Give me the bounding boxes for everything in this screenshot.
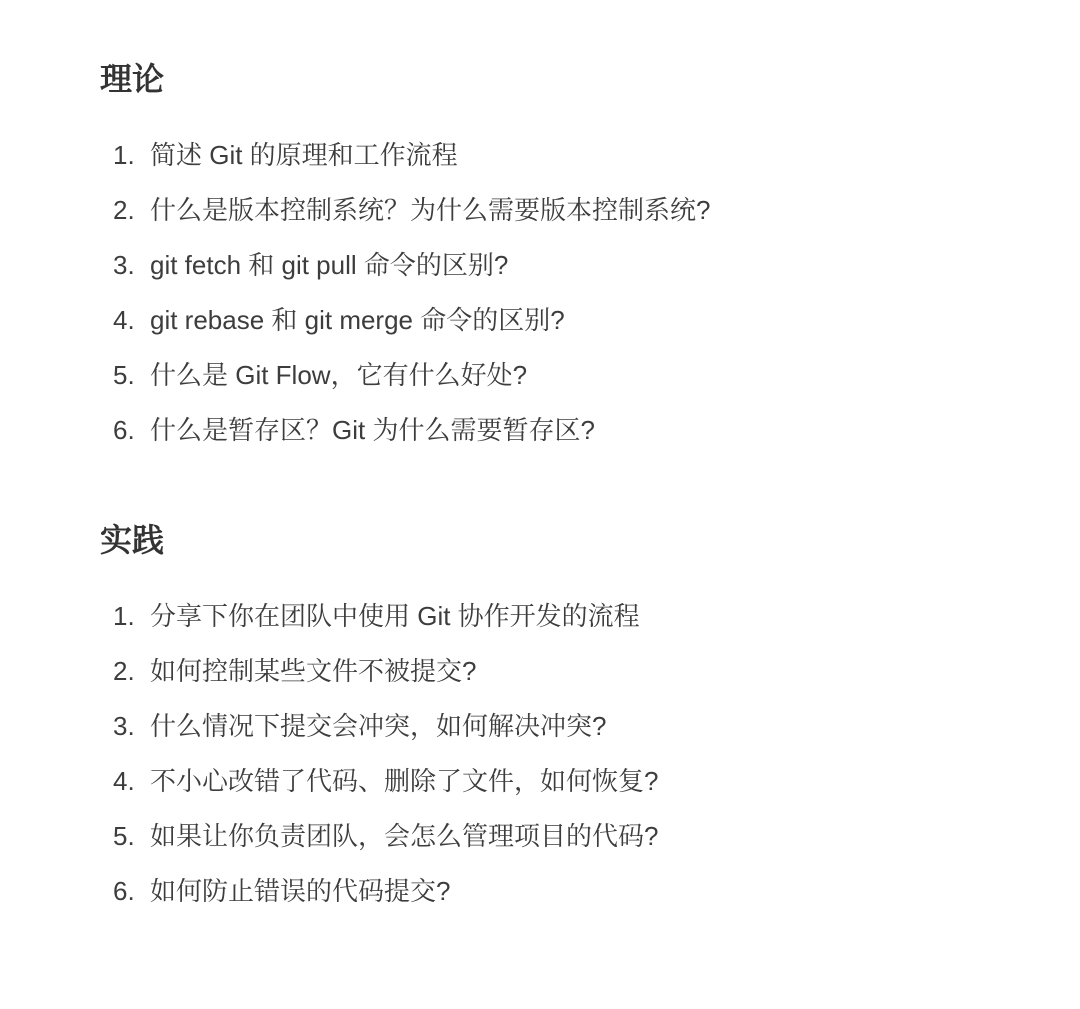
question-text: git rebase 和 git merge 命令的区别? (150, 305, 565, 335)
section-practice: 实践 分享下你在团队中使用 Git 协作开发的流程 如何控制某些文件不被提交? … (100, 521, 1020, 906)
question-item: 如果让你负责团队，会怎么管理项目的代码? (100, 821, 1020, 851)
question-text: 什么是 Git Flow，它有什么好处? (150, 360, 527, 390)
question-text: 什么是版本控制系统？为什么需要版本控制系统? (150, 195, 710, 225)
question-text: 什么情况下提交会冲突，如何解决冲突? (150, 711, 606, 741)
question-text: 简述 Git 的原理和工作流程 (150, 140, 458, 170)
question-text: 如果让你负责团队，会怎么管理项目的代码? (150, 821, 658, 851)
question-item: 简述 Git 的原理和工作流程 (100, 140, 1020, 170)
question-text: 分享下你在团队中使用 Git 协作开发的流程 (150, 601, 640, 631)
question-item: 分享下你在团队中使用 Git 协作开发的流程 (100, 601, 1020, 631)
question-item: git rebase 和 git merge 命令的区别? (100, 305, 1020, 335)
question-item: 如何控制某些文件不被提交? (100, 656, 1020, 686)
question-item: 如何防止错误的代码提交? (100, 876, 1020, 906)
question-list-theory: 简述 Git 的原理和工作流程 什么是版本控制系统？为什么需要版本控制系统? g… (100, 140, 1020, 445)
page: { "colors": { "background": "#ffffff", "… (0, 0, 1080, 1009)
question-text: 如何防止错误的代码提交? (150, 876, 450, 906)
question-item: 什么是 Git Flow，它有什么好处? (100, 360, 1020, 390)
section-theory: 理论 简述 Git 的原理和工作流程 什么是版本控制系统？为什么需要版本控制系统… (100, 60, 1020, 445)
question-item: git fetch 和 git pull 命令的区别? (100, 250, 1020, 280)
question-item: 什么是暂存区？Git 为什么需要暂存区? (100, 415, 1020, 445)
document: 理论 简述 Git 的原理和工作流程 什么是版本控制系统？为什么需要版本控制系统… (0, 0, 1080, 1009)
section-heading-theory: 理论 (100, 60, 1020, 98)
question-item: 不小心改错了代码、删除了文件，如何恢复? (100, 766, 1020, 796)
section-heading-practice: 实践 (100, 521, 1020, 559)
question-item: 什么是版本控制系统？为什么需要版本控制系统? (100, 195, 1020, 225)
question-item: 什么情况下提交会冲突，如何解决冲突? (100, 711, 1020, 741)
question-text: git fetch 和 git pull 命令的区别? (150, 250, 508, 280)
question-text: 如何控制某些文件不被提交? (150, 656, 476, 686)
question-text: 不小心改错了代码、删除了文件，如何恢复? (150, 766, 658, 796)
question-text: 什么是暂存区？Git 为什么需要暂存区? (150, 415, 595, 445)
question-list-practice: 分享下你在团队中使用 Git 协作开发的流程 如何控制某些文件不被提交? 什么情… (100, 601, 1020, 906)
